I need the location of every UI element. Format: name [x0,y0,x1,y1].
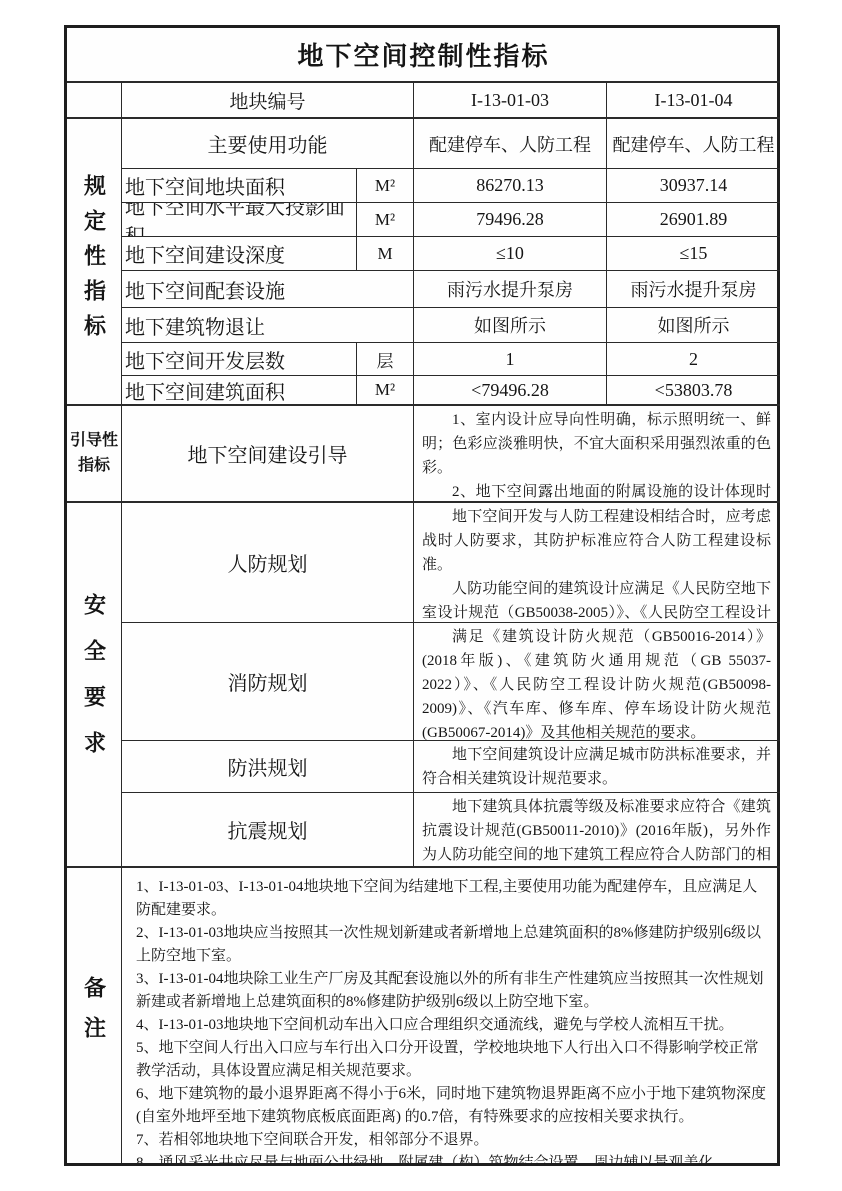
row-label-seismic: 抗震规划 [122,793,414,868]
row-label-plot-area: 地下空间地块面积 [122,169,357,203]
fire-protection-text: 满足《建筑设计防火规范（GB50016-2014）》(2018年版)、《建筑防火… [414,623,780,741]
section-label-guidance: 引导性指标 [67,406,122,503]
guidance-paragraph-2: 2、地下空间露出地面的附属设施的设计体现时代气息，色彩应与周边建筑相协调。 [422,480,771,503]
main-use-value-2: 配建停车、人防工程 [607,119,780,169]
section-label-safety: 安全要求 [67,503,122,868]
note-item-2: 2、I-13-01-03地块应当按照其一次性规划新建或者新增地上总建筑面积的8%… [136,922,768,968]
row-label-projection-area: 地下空间水平最大投影面积 [122,203,357,237]
depth-value-1: ≤10 [414,237,607,271]
projection-area-value-2: 26901.89 [607,203,780,237]
support-facilities-value-1: 雨污水提升泵房 [414,271,607,308]
storeys-value-2: 2 [607,343,780,376]
note-item-6: 6、地下建筑物的最小退界距离不得小于6米，同时地下建筑物退界距离不应小于地下建筑… [136,1083,768,1129]
flood-control-paragraph: 地下空间建筑设计应满足城市防洪标准要求，并符合相关建筑设计规范要求。 [422,743,771,791]
plot-number-2: I-13-01-04 [607,83,780,119]
floor-area-unit: M² [357,376,414,406]
note-item-4: 4、I-13-01-03地块地下空间机动车出入口应合理组织交通流线，避免与学校人… [136,1014,768,1037]
page-title: 地下空间控制性指标 [67,28,780,83]
setback-value-2: 如图所示 [607,308,780,343]
depth-unit: M [357,237,414,271]
plot-area-unit: M² [357,169,414,203]
row-label-floor-area: 地下空间建筑面积 [122,376,357,406]
indicator-table: 地下空间控制性指标 地块编号 I-13-01-03 I-13-01-04 规定性… [64,25,780,1166]
notes-text: 1、I-13-01-03、I-13-01-04地块地下空间为结建地下工程,主要使… [122,868,780,1163]
setback-value-1: 如图所示 [414,308,607,343]
projection-area-unit: M² [357,203,414,237]
plot-area-value-2: 30937.14 [607,169,780,203]
civil-defense-paragraph-1: 地下空间开发与人防工程建设相结合时，应考虑战时人防要求，其防护标准应符合人防工程… [422,505,771,577]
fire-protection-paragraph: 满足《建筑设计防火规范（GB50016-2014）》(2018年版)、《建筑防火… [422,625,771,741]
seismic-paragraph: 地下建筑具体抗震等级及标准要求应符合《建筑抗震设计规范(GB50011-2010… [422,795,771,868]
projection-area-value-1: 79496.28 [414,203,607,237]
row-label-construction-guidance: 地下空间建设引导 [122,406,414,503]
row-label-depth: 地下空间建设深度 [122,237,357,271]
plot-number-1: I-13-01-03 [414,83,607,119]
storeys-value-1: 1 [414,343,607,376]
row-label-fire-protection: 消防规划 [122,623,414,741]
floor-area-value-1: <79496.28 [414,376,607,406]
depth-value-2: ≤15 [607,237,780,271]
plot-area-value-1: 86270.13 [414,169,607,203]
support-facilities-value-2: 雨污水提升泵房 [607,271,780,308]
note-item-1: 1、I-13-01-03、I-13-01-04地块地下空间为结建地下工程,主要使… [136,876,768,922]
note-item-7: 7、若相邻地块地下空间联合开发，相邻部分不退界。 [136,1129,768,1152]
note-item-8: 8、通风采光井应尽量与地面公共绿地、附属建（构）筑物结合设置，周边辅以景观美化。 [136,1152,768,1163]
row-label-storeys: 地下空间开发层数 [122,343,357,376]
main-use-value-1: 配建停车、人防工程 [414,119,607,169]
note-item-3: 3、I-13-01-04地块除工业生产厂房及其配套设施以外的所有非生产性建筑应当… [136,968,768,1014]
note-item-5: 5、地下空间人行出入口应与车行出入口分开设置，学校地块地下人行出入口不得影响学校… [136,1037,768,1083]
scanned-document-page: { "title": "地下空间控制性指标", "header": { "plo… [0,0,842,1191]
construction-guidance-text: 1、室内设计应导向性明确，标示照明统一、鲜明；色彩应淡雅明快，不宜大面积采用强烈… [414,406,780,503]
guidance-paragraph-1: 1、室内设计应导向性明确，标示照明统一、鲜明；色彩应淡雅明快，不宜大面积采用强烈… [422,408,771,480]
civil-defense-text: 地下空间开发与人防工程建设相结合时，应考虑战时人防要求，其防护标准应符合人防工程… [414,503,780,623]
section-label-regulatory: 规定性指标 [67,119,122,406]
row-label-support-facilities: 地下空间配套设施 [122,271,414,308]
floor-area-value-2: <53803.78 [607,376,780,406]
flood-control-text: 地下空间建筑设计应满足城市防洪标准要求，并符合相关建筑设计规范要求。 [414,741,780,793]
seismic-text: 地下建筑具体抗震等级及标准要求应符合《建筑抗震设计规范(GB50011-2010… [414,793,780,868]
row-label-flood-control: 防洪规划 [122,741,414,793]
civil-defense-paragraph-2: 人防功能空间的建筑设计应满足《人民防空地下室设计规范（GB50038-2005）… [422,577,771,623]
storeys-unit: 层 [357,343,414,376]
section-label-notes: 备注 [67,868,122,1163]
plot-number-label: 地块编号 [122,83,414,119]
row-label-main-use: 主要使用功能 [122,119,414,169]
row-label-setback: 地下建筑物退让 [122,308,414,343]
row-label-civil-defense: 人防规划 [122,503,414,623]
corner-empty-cell [67,83,122,119]
